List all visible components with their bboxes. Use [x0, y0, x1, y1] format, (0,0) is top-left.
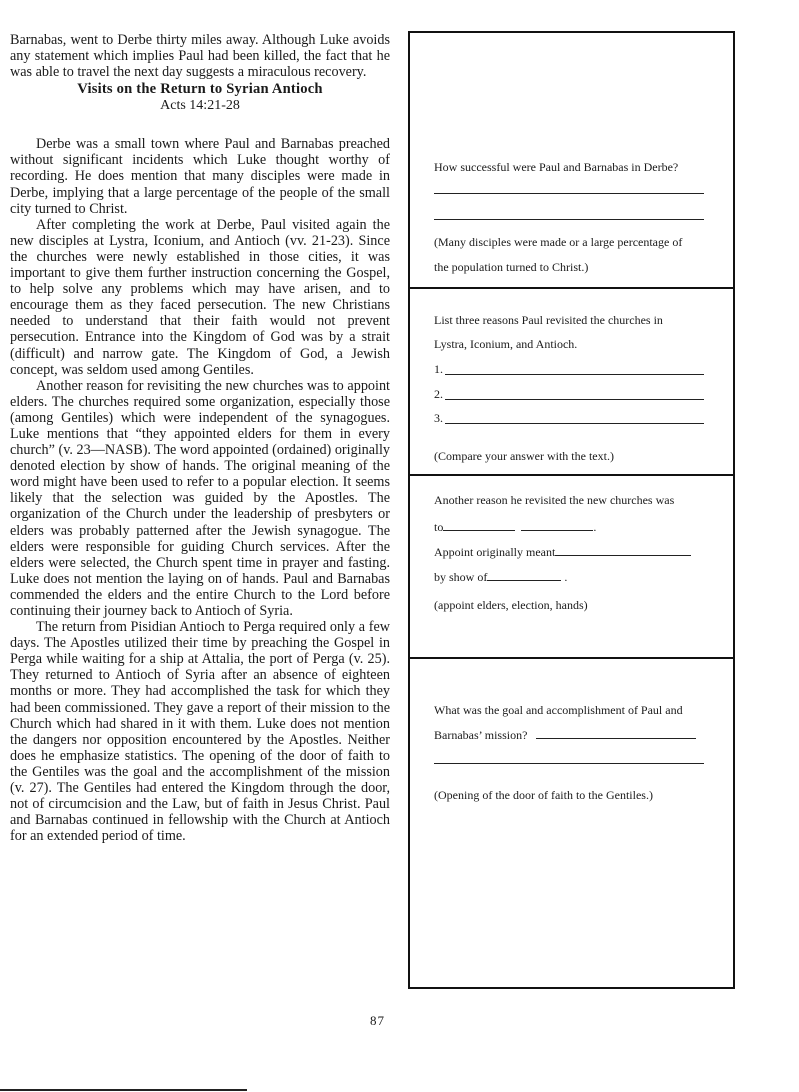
answer-blank[interactable] [434, 763, 704, 764]
answer-blank[interactable] [487, 569, 561, 581]
fill-in-line: Appoint originally meant [434, 544, 691, 560]
main-text-column: Barnabas, went to Derbe thirty miles awa… [10, 32, 390, 844]
answer-text: the population turned to Christ.) [434, 260, 588, 275]
section-heading: Visits on the Return to Syrian Antioch [10, 81, 390, 98]
intro-paragraph: Barnabas, went to Derbe thirty miles awa… [10, 32, 390, 80]
answer-blank[interactable] [434, 219, 704, 220]
body-paragraph: Another reason for revisiting the new ch… [10, 378, 390, 619]
answer-blank[interactable] [536, 727, 696, 739]
answer-text: (Many disciples were made or a large per… [434, 235, 682, 250]
body-paragraph: Derbe was a small town where Paul and Ba… [10, 136, 390, 216]
question-panel-4: What was the goal and accomplishment of … [410, 659, 733, 986]
answer-blank[interactable] [521, 519, 593, 531]
question-text: List three reasons Paul revisited the ch… [434, 313, 663, 328]
answer-text: (Compare your answer with the text.) [434, 449, 614, 464]
answer-blank[interactable] [443, 519, 515, 531]
question-panel-2: List three reasons Paul revisited the ch… [410, 289, 733, 476]
answer-blank[interactable] [445, 374, 704, 375]
fill-in-line: Barnabas’ mission? [434, 727, 696, 743]
question-text: How successful were Paul and Barnabas in… [434, 160, 678, 175]
fill-in-line: to . [434, 519, 596, 535]
answer-text: (Opening of the door of faith to the Gen… [434, 788, 653, 803]
answer-text: (appoint elders, election, hands) [434, 598, 588, 613]
list-item-2: 2. [434, 387, 443, 402]
answer-blank[interactable] [555, 544, 691, 556]
body-paragraph: After completing the work at Derbe, Paul… [10, 217, 390, 378]
answer-blank[interactable] [445, 399, 704, 400]
answer-blank[interactable] [434, 193, 704, 194]
fill-in-line: by show of . [434, 569, 567, 585]
list-item-1: 1. [434, 362, 443, 377]
footer-rule [0, 1089, 247, 1091]
list-item-3: 3. [434, 411, 443, 426]
question-text: Lystra, Iconium, and Antioch. [434, 337, 577, 352]
question-panel-1: How successful were Paul and Barnabas in… [410, 33, 733, 289]
question-text: What was the goal and accomplishment of … [434, 703, 683, 718]
question-panel-3: Another reason he revisited the new chur… [410, 476, 733, 659]
answer-blank[interactable] [445, 423, 704, 424]
scripture-reference: Acts 14:21-28 [10, 98, 390, 114]
question-text: Another reason he revisited the new chur… [434, 493, 674, 508]
page-number: 87 [370, 1013, 385, 1029]
study-questions-box: How successful were Paul and Barnabas in… [408, 31, 735, 989]
body-paragraph: The return from Pisidian Antioch to Perg… [10, 619, 390, 844]
